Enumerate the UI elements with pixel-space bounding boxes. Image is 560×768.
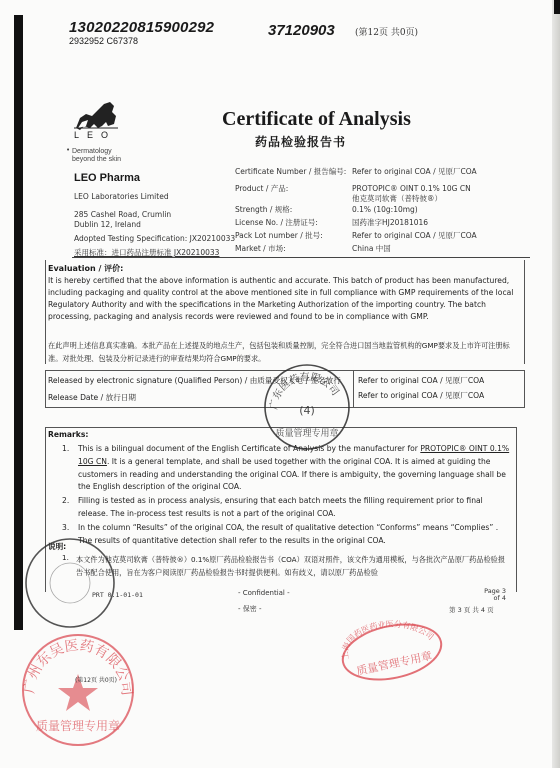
remark-number: 3.	[62, 522, 69, 535]
release-signature-label: Released by electronic signature (Qualif…	[48, 375, 341, 386]
tagline-line1: Dermatology	[72, 148, 121, 156]
confidential-label: - Confidential -	[238, 589, 290, 597]
address: 285 Cashel Road, Crumlin Dublin 12, Irel…	[74, 210, 171, 230]
remark-number: 1.	[62, 443, 69, 456]
stamp-page-marker: (第12页 共0页)	[75, 676, 117, 684]
tagline-line2: beyond the skin	[72, 156, 121, 164]
meta-label: Strength / 规格:	[235, 204, 292, 215]
page-title: Certificate of Analysis	[222, 108, 411, 131]
remark-item: 1. This is a bilingual document of the E…	[46, 443, 512, 494]
scan-edge-bar	[14, 15, 23, 630]
evaluation-section: Evaluation / 评价: It is hereby certified …	[45, 260, 525, 364]
scan-edge-corner	[554, 0, 560, 14]
quality-seal-red-stamp-icon: 广州东吴医药有限公司 (第12页 共0页) 质量管理专用章	[18, 630, 138, 750]
tagline: Dermatology beyond the skin	[72, 148, 121, 164]
confidential-label-cn: - 保密 -	[238, 604, 262, 614]
release-section: Released by electronic signature (Qualif…	[45, 370, 525, 408]
company-name: LEO Pharma	[74, 172, 140, 184]
evaluation-text-en: It is hereby certified that the above in…	[48, 275, 518, 323]
remark-text-cn: 本文件为他克莫司软膏（普特彼®）0.1%原厂药品检验报告书（COA）双语对照件，…	[76, 553, 512, 579]
page-number: Page 3 of 4	[470, 588, 506, 602]
evaluation-title: Evaluation / 评价:	[48, 263, 123, 274]
page-number-cn: 第 3 页 共 4 页	[449, 605, 494, 614]
divider	[72, 257, 235, 258]
address-line2: Dublin 12, Ireland	[74, 220, 171, 230]
svg-text:广州东吴医药有限公司: 广州东吴医药有限公司	[22, 638, 135, 697]
meta-label: License No. / 注册证号:	[235, 217, 318, 228]
meta-value: Refer to original COA / 见原厂COA	[352, 166, 477, 177]
svg-text:上海国药医药业医分有限公司: 上海国药医药业医分有限公司	[339, 619, 435, 660]
meta-value: Refer to original COA / 见原厂COA	[352, 230, 477, 241]
remarks-title: Remarks:	[48, 430, 88, 439]
remark-text: In the column “Results” of the original …	[78, 523, 498, 545]
column-divider	[353, 371, 354, 407]
stamp-arc-text: 广州东吴医药有限公司	[22, 638, 135, 697]
stamp-arc-text: 上海国药医药业医分有限公司	[339, 619, 435, 660]
tracking-number: 13020220815900292	[69, 19, 214, 36]
remark-text: . It is a general template, and shall be…	[78, 457, 506, 492]
release-date-label: Release Date / 放行日期	[48, 392, 136, 403]
stamp-bottom-text: 质量管理专用章	[355, 648, 433, 678]
quality-seal-red-oval-stamp-icon: 上海国药医药业医分有限公司 质量管理专用章	[337, 617, 447, 687]
remark-text: Filling is tested as in process analysis…	[78, 496, 483, 518]
meta-label: Market / 市场:	[235, 243, 286, 254]
remark-item: 2. Filling is tested as in process analy…	[46, 495, 512, 521]
mid-number: 37120903	[268, 22, 335, 39]
page-number-line2: of 4	[470, 595, 506, 602]
meta-label: Pack Lot number / 批号:	[235, 230, 323, 241]
remarks-section: Remarks: 1. This is a bilingual document…	[45, 427, 517, 592]
divider	[235, 257, 530, 258]
meta-value: China 中国	[352, 243, 391, 254]
evaluation-text-cn: 在此声明上述信息真实准确。本批产品在上述提及的地点生产，包括包装和质量控制，完全…	[48, 339, 518, 365]
meta-value-cn: 他克莫司软膏（普特彼®）	[352, 193, 442, 204]
page-title-cn: 药品检验报告书	[255, 133, 346, 150]
remark-item: 3. In the column “Results” of the origin…	[46, 522, 512, 548]
release-signature-value: Refer to original COA / 见原厂COA	[358, 375, 484, 386]
scan-edge-right	[552, 0, 560, 768]
remarks-title-cn: 说明:	[48, 541, 66, 552]
meta-value: 0.1% (10g:10mg)	[352, 204, 418, 215]
tagline-bullet: •	[66, 146, 70, 154]
sub-codes: 2932952 C67378	[69, 36, 138, 46]
remark-text: This is a bilingual document of the Engl…	[78, 444, 420, 453]
meta-value: 国药准字HJ20181016	[352, 217, 428, 228]
remark-number: 2.	[62, 495, 69, 508]
testing-spec-en: Adopted Testing Specification: JX2021003…	[74, 234, 235, 243]
remark-number-cn: 1.	[62, 553, 69, 562]
page-marker: (第12页 共0页)	[355, 25, 418, 38]
release-date-value: Refer to original COA / 见原厂COA	[358, 390, 484, 401]
meta-label: Product / 产品:	[235, 183, 288, 194]
meta-label: Certificate Number / 报告编号:	[235, 166, 346, 177]
address-line1: 285 Cashel Road, Crumlin	[74, 210, 171, 220]
document-code: PRT 0.1-01-01	[92, 591, 143, 599]
stamp-bottom-text: 质量管理专用章	[36, 718, 120, 733]
document-page: 13020220815900292 2932952 C67378 3712090…	[0, 0, 560, 768]
remarks-list: 1. This is a bilingual document of the E…	[46, 443, 512, 548]
lab-name: LEO Laboratories Limited	[74, 192, 169, 201]
logo-wordmark: LEO	[74, 130, 116, 140]
